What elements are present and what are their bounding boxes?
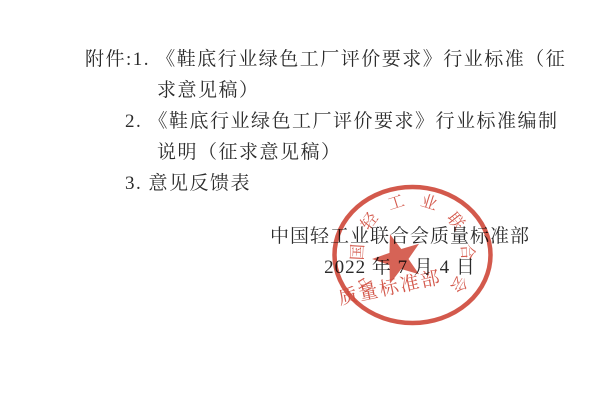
attachment-list: 附件:1. 《鞋底行业绿色工厂评价要求》行业标准（征 求意见稿） 2. 《鞋底行… bbox=[85, 44, 555, 199]
attachment-line-2: 2. 《鞋底行业绿色工厂评价要求》行业标准编制 bbox=[125, 106, 555, 137]
stamp-arc-char-5: 业 bbox=[418, 191, 440, 214]
stamp-arc-char-7: 合 bbox=[457, 243, 477, 260]
stamp-arc-char-4: 工 bbox=[385, 191, 406, 214]
attachment-line-1: 附件:1. 《鞋底行业绿色工厂评价要求》行业标准（征 bbox=[85, 44, 555, 75]
document-page: 附件:1. 《鞋底行业绿色工厂评价要求》行业标准（征 求意见稿） 2. 《鞋底行… bbox=[0, 0, 595, 397]
attachment-line-2-continuation: 说明（征求意见稿） bbox=[157, 137, 555, 168]
stamp-arc-char-2: 国 bbox=[348, 243, 368, 260]
attachment-line-1-continuation: 求意见稿） bbox=[157, 75, 555, 106]
official-stamp: 中 国 轻 工 业 联 合 会 质量标准部 bbox=[330, 183, 495, 327]
stamp-arc-char-3: 轻 bbox=[357, 208, 382, 233]
stamp-arc-char-6: 联 bbox=[443, 209, 468, 234]
stamp-arc-char-8: 会 bbox=[447, 272, 472, 296]
